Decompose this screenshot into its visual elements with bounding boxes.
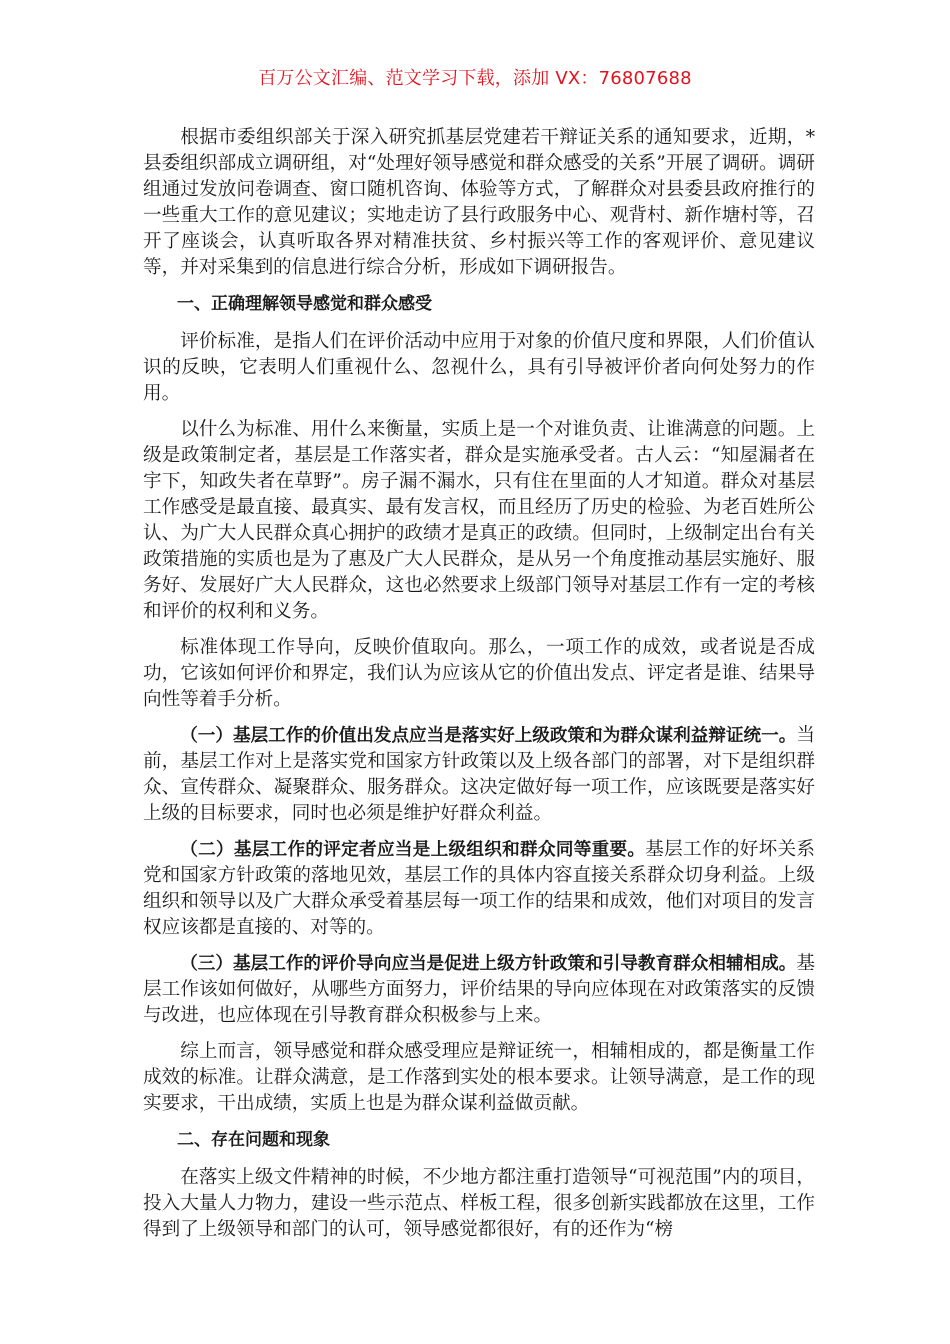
section-2-heading: 二、存在问题和现象 (143, 1127, 815, 1153)
intro-paragraph: 根据市委组织部关于深入研究抓基层党建若干辩证关系的通知要求，近期，*县委组织部成… (143, 125, 815, 281)
point-lead: （三）基层工作的评价导向应当是促进上级方针政策和引导教育群众相辅相成。 (180, 954, 796, 974)
paragraph: 标准体现工作导向，反映价值取向。那么，一项工作的成效，或者说是否成功，它该如何评… (143, 635, 815, 713)
summary-paragraph: 综上而言，领导感觉和群众感受理应是辩证统一，相辅相成的，都是衡量工作成效的标准。… (143, 1039, 815, 1117)
point-paragraph: （三）基层工作的评价导向应当是促进上级方针政策和引导教育群众相辅相成。基层工作该… (143, 951, 815, 1029)
point-paragraph: （二）基层工作的评定者应当是上级组织和群众同等重要。基层工作的好坏关系党和国家方… (143, 837, 815, 941)
point-paragraph: （一）基层工作的价值出发点应当是落实好上级政策和为群众谋利益辩证统一。当前，基层… (143, 723, 815, 827)
paragraph: 以什么为标准、用什么来衡量，实质上是一个对谁负责、让谁满意的问题。上级是政策制定… (143, 417, 815, 625)
point-lead: （二）基层工作的评定者应当是上级组织和群众同等重要。 (180, 840, 645, 860)
watermark-banner: 百万公文汇编、范文学习下载，添加 VX：76807688 (0, 66, 950, 92)
paragraph: 评价标准，是指人们在评价活动中应用于对象的价值尺度和界限，人们价值认识的反映，它… (143, 329, 815, 407)
section-1-heading: 一、正确理解领导感觉和群众感受 (143, 291, 815, 317)
point-lead: （一）基层工作的价值出发点应当是落实好上级政策和为群众谋利益辩证统一。 (180, 726, 796, 746)
document-body: 根据市委组织部关于深入研究抓基层党建若干辩证关系的通知要求，近期，*县委组织部成… (143, 125, 815, 1253)
paragraph: 在落实上级文件精神的时候，不少地方都注重打造领导“可视范围”内的项目，投入大量人… (143, 1165, 815, 1243)
